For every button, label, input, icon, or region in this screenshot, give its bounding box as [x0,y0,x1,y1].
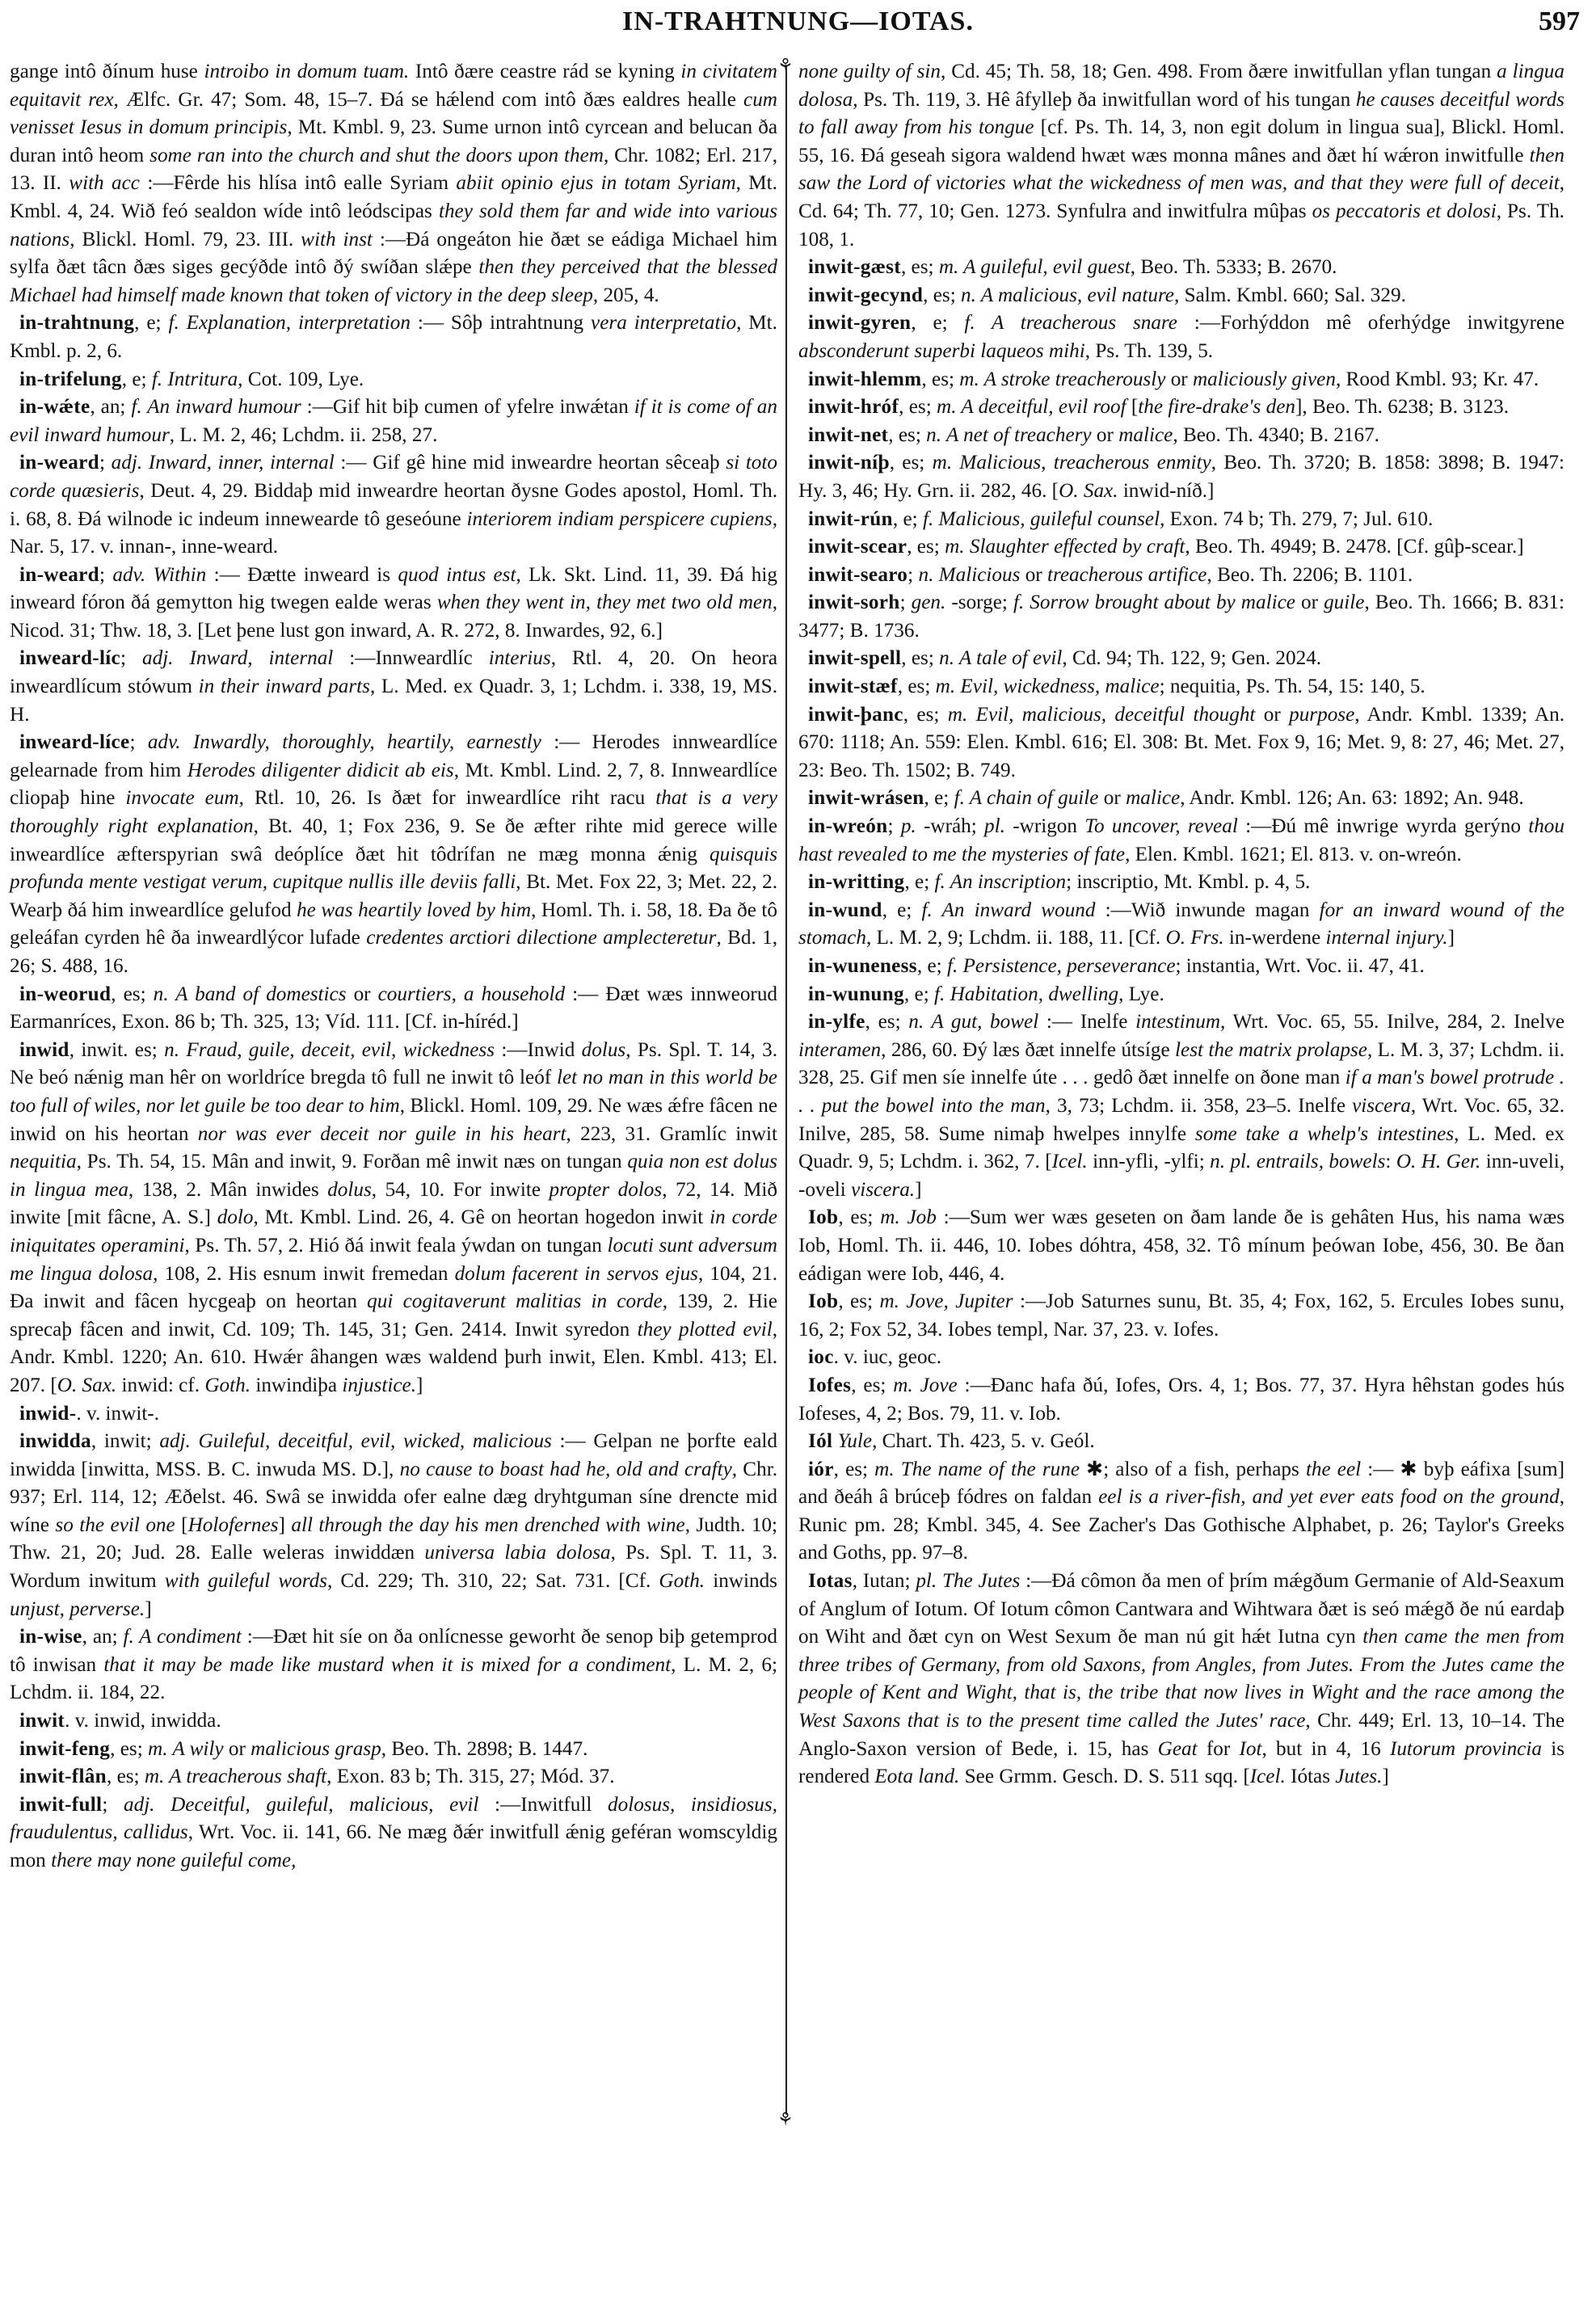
dictionary-entry: inwid-. v. inwit-. [10,1400,777,1429]
entry-headword: inwit-níþ [808,452,890,474]
dictionary-entry: in-trahtnung, e; f. Explanation, interpr… [10,309,777,365]
entry-body: ; adv. Within :— Ðætte inweard is quod i… [10,564,777,642]
entry-body: Yule, Chart. Th. 423, 5. v. Geól. [832,1430,1094,1452]
entry-headword: inwit-gecynd [808,284,923,306]
entry-body: , inwit; adj. Guileful, deceitful, evil,… [10,1430,777,1620]
dictionary-entry: inwit-níþ, es; m. Malicious, treacherous… [798,449,1564,505]
entry-body: , an; f. An inward humour :—Gif hit biþ … [10,396,777,446]
dictionary-entry: inwit-wrásen, e; f. A chain of guile or … [798,785,1564,813]
entry-headword: inwit-searo [808,564,907,586]
entry-headword: in-weard [19,452,99,474]
entry-headword: inwit-spell [808,647,901,669]
entry-body: ; p. -wráh; pl. -wrigon To uncover, reve… [798,815,1564,865]
dictionary-entry: Iob, es; m. Jove, Jupiter :—Job Saturnes… [798,1288,1564,1344]
entry-headword: in-wunung [808,983,904,1005]
dictionary-entry: inwid, inwit. es; n. Fraud, guile, decei… [10,1037,777,1400]
entry-headword: in-writting [808,871,904,893]
entry-body: , es; m. The name of the rune ✱; also of… [798,1459,1564,1564]
column-divider [785,66,787,2115]
running-title: IN-TRAHTNUNG—IOTAS. [0,6,1596,37]
dictionary-entry: inwit-gecynd, es; n. A malicious, evil n… [798,282,1564,310]
entry-headword: inwit-flân [19,1766,107,1787]
entry-body: . v. inwit-. [76,1403,159,1425]
entry-body: ; adv. Inwardly, thoroughly, heartily, e… [10,731,777,977]
entry-body: , an; f. A condiment :—Ðæt hit síe on ða… [10,1626,777,1703]
entry-body: , es; m. A guileful, evil guest, Beo. Th… [901,256,1337,278]
entry-body: , es; m. Malicious, treacherous enmity, … [798,452,1564,502]
dictionary-entry: in-weorud, es; n. A band of domestics or… [10,981,777,1037]
entry-body: . v. inwid, inwidda. [65,1710,221,1732]
dictionary-entry: inwit-þanc, es; m. Evil, malicious, dece… [798,701,1564,785]
dictionary-entry: inwit-searo; n. Malicious or treacherous… [798,562,1564,590]
entry-headword: Iól [808,1430,832,1452]
entry-headword: Iofes [808,1374,851,1396]
dictionary-entry: iór, es; m. The name of the rune ✱; also… [798,1456,1564,1568]
entry-headword: in-wise [19,1626,82,1648]
entry-body: , e; f. Habitation, dwelling, Lye. [904,983,1164,1005]
dictionary-entry: inwit-gyren, e; f. A treacherous snare :… [798,309,1564,365]
entry-headword: in-wuneness [808,955,917,977]
entry-headword: in-weorud [19,983,111,1005]
dictionary-entry: gange intô ðínum huse introibo in domum … [10,58,777,309]
entry-body: , es; m. Slaughter effected by craft, Be… [907,536,1523,558]
dictionary-entry: inwit-stæf, es; m. Evil, wickedness, mal… [798,673,1564,701]
page-header: IN-TRAHTNUNG—IOTAS. 597 [0,6,1596,44]
entry-body: , es; n. A band of domestics or courtier… [10,983,777,1033]
dictionary-entry: inwit-sorh; gen. -sorge; f. Sorrow broug… [798,589,1564,645]
entry-headword: inwit-sorh [808,591,900,613]
dictionary-entry: inweard-líc; adj. Inward, internal :—Inn… [10,645,777,729]
entry-body: , inwit. es; n. Fraud, guile, deceit, ev… [10,1039,777,1396]
dictionary-entry: Iól Yule, Chart. Th. 423, 5. v. Geól. [798,1428,1564,1456]
entry-body: , es; m. Evil, wickedness, malice; nequi… [898,676,1425,697]
entry-headword: inweard-líc [19,647,120,669]
dictionary-entry: in-wuneness, e; f. Persistence, persever… [798,953,1564,981]
dictionary-entry: in-wǽte, an; f. An inward humour :—Gif h… [10,394,777,449]
dictionary-entry: inwit-hlemm, es; m. A stroke treacherous… [798,366,1564,394]
entry-headword: in-trifelung [19,368,122,390]
entry-body: , es; m. Evil, malicious, deceitful thou… [798,704,1564,781]
entry-headword: inwit [19,1710,65,1732]
dictionary-entry: Iob, es; m. Job :—Sum wer wæs geseten on… [798,1204,1564,1288]
entry-body: , e; f. Malicious, guileful counsel, Exo… [893,508,1433,530]
dictionary-entry: ioc. v. iuc, geoc. [798,1344,1564,1372]
entry-headword: inwid [19,1039,69,1061]
dictionary-entry: inwit-scear, es; m. Slaughter effected b… [798,533,1564,562]
entry-body: , es; m. Jove, Jupiter :—Job Saturnes su… [798,1290,1564,1341]
dictionary-entry: in-wise, an; f. A condiment :—Ðæt hit sí… [10,1623,777,1707]
dictionary-entry: inwit-flân, es; m. A treacherous shaft, … [10,1763,777,1791]
entry-body: , es; m. Job :—Sum wer wæs geseten on ða… [798,1206,1564,1284]
entry-body: , Iutan; pl. The Jutes :—Ðá cômon ða men… [798,1570,1564,1787]
entry-body: , e; f. A chain of guile or malice, Andr… [924,787,1524,809]
entry-headword: inwit-þanc [808,704,903,726]
entry-body: , es; m. A wily or malicious grasp, Beo.… [110,1738,587,1760]
entry-headword: inwit-hlemm [808,368,921,390]
dictionary-entry: in-writting, e; f. An inscription; inscr… [798,869,1564,897]
dictionary-entry: inwit-hróf, es; m. A deceitful, evil roo… [798,394,1564,422]
entry-headword: inwit-gæst [808,256,901,278]
dictionary-entry: inwit-gæst, es; m. A guileful, evil gues… [798,254,1564,282]
entry-body: , es; m. Jove :—Ðanc hafa ðú, Iofes, Ors… [798,1374,1564,1425]
entry-headword: Iob [808,1206,838,1228]
entry-body: ; gen. -sorge; f. Sorrow brought about b… [798,591,1564,642]
entry-headword: in-wund [808,899,882,921]
entry-headword: inwit-stæf [808,676,898,697]
ornament-bottom-icon: ⚘ [777,2111,794,2128]
entry-headword: in-weard [19,564,99,586]
left-column: gange intô ðínum huse introibo in domum … [10,58,777,1875]
entry-headword: inwit-hróf [808,396,899,418]
entry-headword: in-ylfe [808,1011,865,1033]
entry-headword: inwid- [19,1403,76,1425]
dictionary-entry: inwit-spell, es; n. A tale of evil, Cd. … [798,645,1564,673]
dictionary-entry: in-wund, e; f. An inward wound :—Wið inw… [798,897,1564,953]
entry-body: , e; f. An inward wound :—Wið inwunde ma… [798,899,1564,949]
page-number: 597 [1539,6,1580,37]
entry-body: ; adj. Inward, inner, internal :— Gif gê… [10,452,777,558]
dictionary-entry: in-wreón; p. -wráh; pl. -wrigon To uncov… [798,813,1564,869]
entry-body: , e; f. Persistence, perseverance; insta… [917,955,1425,977]
dictionary-entry: in-wunung, e; f. Habitation, dwelling, L… [798,981,1564,1009]
dictionary-entry: inwit-rún, e; f. Malicious, guileful cou… [798,506,1564,534]
dictionary-entry: in-weard; adj. Inward, inner, internal :… [10,449,777,561]
entry-body: , e; f. An inscription; inscriptio, Mt. … [904,871,1310,893]
right-column: none guilty of sin, Cd. 45; Th. 58, 18; … [798,58,1564,1791]
entry-headword: inwit-feng [19,1738,110,1760]
entry-headword: inwit-scear [808,536,907,558]
entry-body: , es; n. A malicious, evil nature, Salm.… [923,284,1406,306]
entry-body: , es; n. A gut, bowel :— Inelfe intestin… [798,1011,1564,1201]
entry-headword: inwit-gyren [808,312,911,334]
entry-headword: inwit-wrásen [808,787,924,809]
entry-body: , es; n. A tale of evil, Cd. 94; Th. 122… [901,647,1321,669]
entry-headword: inwit-rún [808,508,893,530]
entry-body: gange intô ðínum huse introibo in domum … [10,61,777,306]
entry-headword: Iob [808,1290,838,1312]
dictionary-entry: inwit-net, es; n. A net of treachery or … [798,422,1564,450]
entry-headword: inwit-net [808,424,888,446]
dictionary-entry: none guilty of sin, Cd. 45; Th. 58, 18; … [798,58,1564,254]
entry-headword: inweard-líce [19,731,130,753]
entry-headword: in-trahtnung [19,312,134,334]
entry-body: ; adj. Deceitful, guileful, malicious, e… [10,1794,777,1871]
entry-body: . v. iuc, geoc. [834,1346,941,1368]
entry-headword: in-wǽte [19,396,90,418]
dictionary-entry: in-ylfe, es; n. A gut, bowel :— Inelfe i… [798,1008,1564,1204]
entry-headword: inwit-full [19,1794,102,1816]
entry-body: , e; f. A treacherous snare :—Forhýddon … [798,312,1564,362]
entry-body: ; n. Malicious or treacherous artifice, … [907,564,1413,586]
entry-headword: inwidda [19,1430,91,1452]
dictionary-entry: inwidda, inwit; adj. Guileful, deceitful… [10,1428,777,1623]
entry-headword: in-wreón [808,815,888,837]
dictionary-entry: Iofes, es; m. Jove :—Ðanc hafa ðú, Iofes… [798,1372,1564,1428]
entry-body: , es; n. A net of treachery or malice, B… [888,424,1379,446]
entry-body: none guilty of sin, Cd. 45; Th. 58, 18; … [798,61,1564,250]
dictionary-entry: inwit. v. inwid, inwidda. [10,1707,777,1736]
dictionary-entry: in-trifelung, e; f. Intritura, Cot. 109,… [10,366,777,394]
entry-body: , es; m. A treacherous shaft, Exon. 83 b… [107,1766,615,1787]
dictionary-entry: inweard-líce; adv. Inwardly, thoroughly,… [10,729,777,980]
dictionary-entry: Iotas, Iutan; pl. The Jutes :—Ðá cômon ð… [798,1568,1564,1791]
entry-headword: ioc [808,1346,834,1368]
dictionary-entry: in-weard; adv. Within :— Ðætte inweard i… [10,562,777,646]
entry-headword: iór [808,1459,834,1480]
entry-body: , es; m. A stroke treacherously or malic… [921,368,1539,390]
dictionary-entry: inwit-feng, es; m. A wily or malicious g… [10,1736,777,1764]
entry-body: ; adj. Inward, internal :—Innweardlíc in… [10,647,777,725]
entry-body: , es; m. A deceitful, evil roof [the fir… [899,396,1509,418]
entry-headword: Iotas [808,1570,853,1592]
entry-body: , e; f. Intritura, Cot. 109, Lye. [122,368,364,390]
dictionary-entry: inwit-full; adj. Deceitful, guileful, ma… [10,1791,777,1875]
